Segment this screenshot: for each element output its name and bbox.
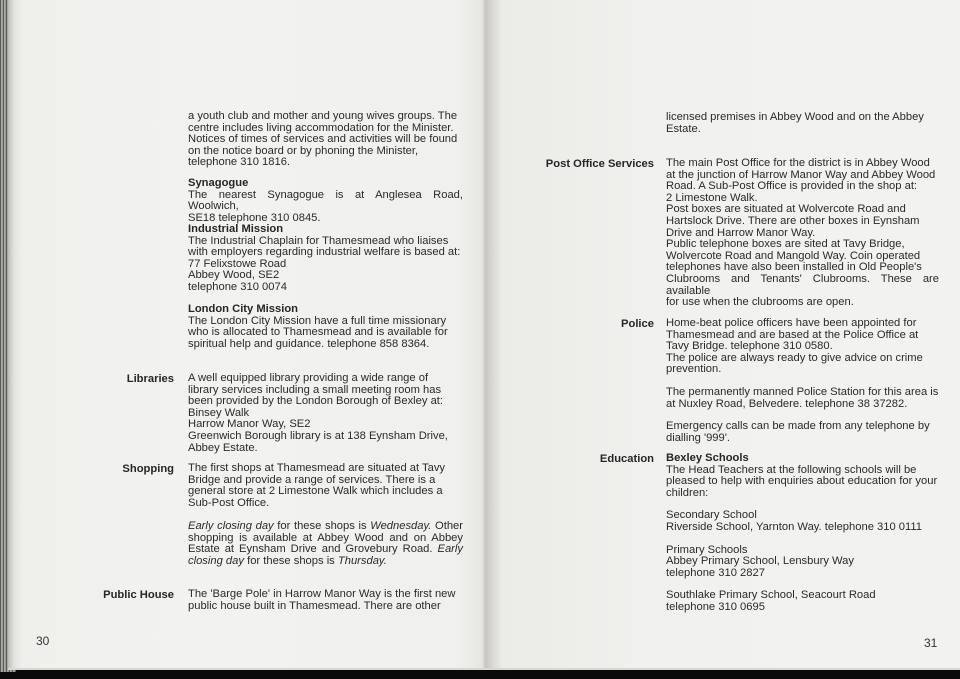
text-line: Public telephone boxes are sited at Tavy… xyxy=(666,239,939,251)
education-section: Bexley Schools The Head Teachers at the … xyxy=(666,453,939,614)
text-line: public house built in Thamesmead. There … xyxy=(188,601,463,613)
section-heading: Synagogue xyxy=(188,178,463,190)
text-line: prevention. xyxy=(666,364,939,376)
youth-club-continuation: a youth club and mother and young wives … xyxy=(188,111,463,169)
closing-day: Thursday. xyxy=(338,555,387,567)
licensed-premises-continuation: licensed premises in Abbey Wood and on t… xyxy=(666,112,939,135)
public-house-label: Public House xyxy=(68,589,174,601)
text-line: The main Post Office for the district is… xyxy=(666,158,939,170)
text-line: Riverside School, Yarnton Way. telephone… xyxy=(666,522,939,534)
text-line: The first shops at Thamesmead are situat… xyxy=(188,463,463,475)
early-closing-label: Early closing day xyxy=(188,520,274,532)
text-line: A well equipped library providing a wide… xyxy=(188,373,463,385)
libraries-section: A well equipped library providing a wide… xyxy=(188,373,463,454)
post-office-section: The main Post Office for the district is… xyxy=(666,158,939,309)
libraries-label: Libraries xyxy=(68,373,174,385)
text-line: The 'Barge Pole' in Harrow Manor Way is … xyxy=(188,589,463,601)
text-line: Abbey Estate. xyxy=(188,443,463,455)
page-number-left: 30 xyxy=(36,634,49,648)
police-label: Police xyxy=(526,318,654,330)
industrial-mission-section: Industrial Mission The Industrial Chapla… xyxy=(188,224,463,294)
text-line: Home-beat police officers have been appo… xyxy=(666,318,939,330)
early-closing-paragraph: Early closing day for these shops is Wed… xyxy=(188,521,463,567)
text-line: Estate. xyxy=(666,124,939,136)
closing-day: Wednesday. xyxy=(370,520,431,532)
text-line: telephone 310 1816. xyxy=(188,157,463,169)
text-line: for use when the clubrooms are open. xyxy=(666,297,939,309)
post-office-label: Post Office Services xyxy=(526,158,654,170)
text-run: for these shops is xyxy=(244,555,338,567)
text-line: Clubrooms and Tenants' Clubrooms. These … xyxy=(666,274,939,297)
public-house-section: The 'Barge Pole' in Harrow Manor Way is … xyxy=(188,589,463,612)
text-line: children: xyxy=(666,488,939,500)
right-page: licensed premises in Abbey Wood and on t… xyxy=(486,0,960,670)
text-line: telephone 310 2827 xyxy=(666,568,939,580)
synagogue-section: Synagogue The nearest Synagogue is at An… xyxy=(188,178,463,224)
text-run: for these shops is xyxy=(274,520,371,532)
shopping-label: Shopping xyxy=(68,463,174,475)
section-heading: Industrial Mission xyxy=(188,224,463,236)
page-number-right: 31 xyxy=(924,636,937,650)
text-line: spiritual help and guidance. telephone 8… xyxy=(188,339,463,351)
left-page: a youth club and mother and young wives … xyxy=(8,0,486,670)
text-line: The nearest Synagogue is at Anglesea Roa… xyxy=(188,190,463,213)
text-line: dialling '999'. xyxy=(666,433,939,445)
section-heading: Bexley Schools xyxy=(666,453,939,465)
text-line: licensed premises in Abbey Wood and on t… xyxy=(666,112,939,124)
police-section: Home-beat police officers have been appo… xyxy=(666,318,939,444)
text-line: Greenwich Borough library is at 138 Eyns… xyxy=(188,431,463,443)
shopping-section: The first shops at Thamesmead are situat… xyxy=(188,463,463,509)
text-line: Hartslock Drive. There are other boxes i… xyxy=(666,216,939,228)
text-line: Sub-Post Office. xyxy=(188,498,463,510)
text-line: at Nuxley Road, Belvedere. telephone 38 … xyxy=(666,399,939,411)
education-label: Education xyxy=(526,453,654,465)
text-line: The permanently manned Police Station fo… xyxy=(666,387,939,399)
text-line: Abbey Primary School, Lensbury Way xyxy=(666,556,939,568)
text-line: Emergency calls can be made from any tel… xyxy=(666,421,939,433)
text-line: telephone 310 0695 xyxy=(666,602,939,614)
text-line: telephone 310 0074 xyxy=(188,282,463,294)
section-heading: London City Mission xyxy=(188,304,463,316)
text-line: a youth club and mother and young wives … xyxy=(188,111,463,123)
london-city-mission-section: London City Mission The London City Miss… xyxy=(188,304,463,350)
